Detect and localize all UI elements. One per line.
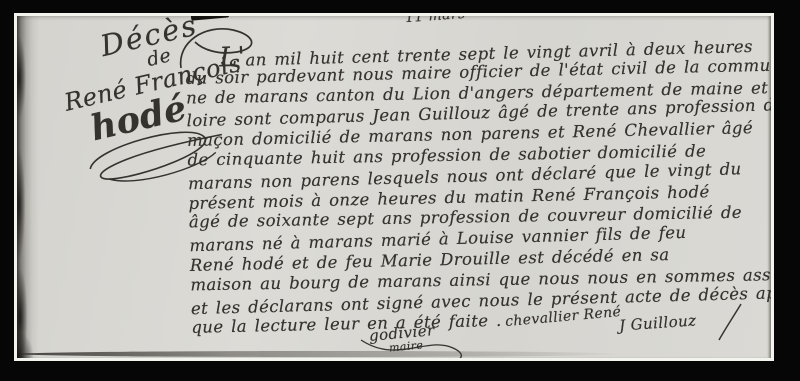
page-bottom-edge-shadow: [21, 351, 624, 357]
scanned-document-frame: 11 mars Décès de René François hodé L'an…: [0, 0, 800, 381]
signature-mayor-flourish: [357, 334, 477, 361]
page-binding-edge: [17, 16, 39, 358]
document-page: 11 mars Décès de René François hodé L'an…: [14, 13, 774, 361]
signature-guillouz-paraph: [717, 302, 743, 342]
top-date-annotation: 11 mars: [405, 13, 467, 26]
page-corner-blot: [17, 332, 33, 358]
act-body-text: L'an mil huit cent trente sept le vingt …: [185, 35, 774, 339]
